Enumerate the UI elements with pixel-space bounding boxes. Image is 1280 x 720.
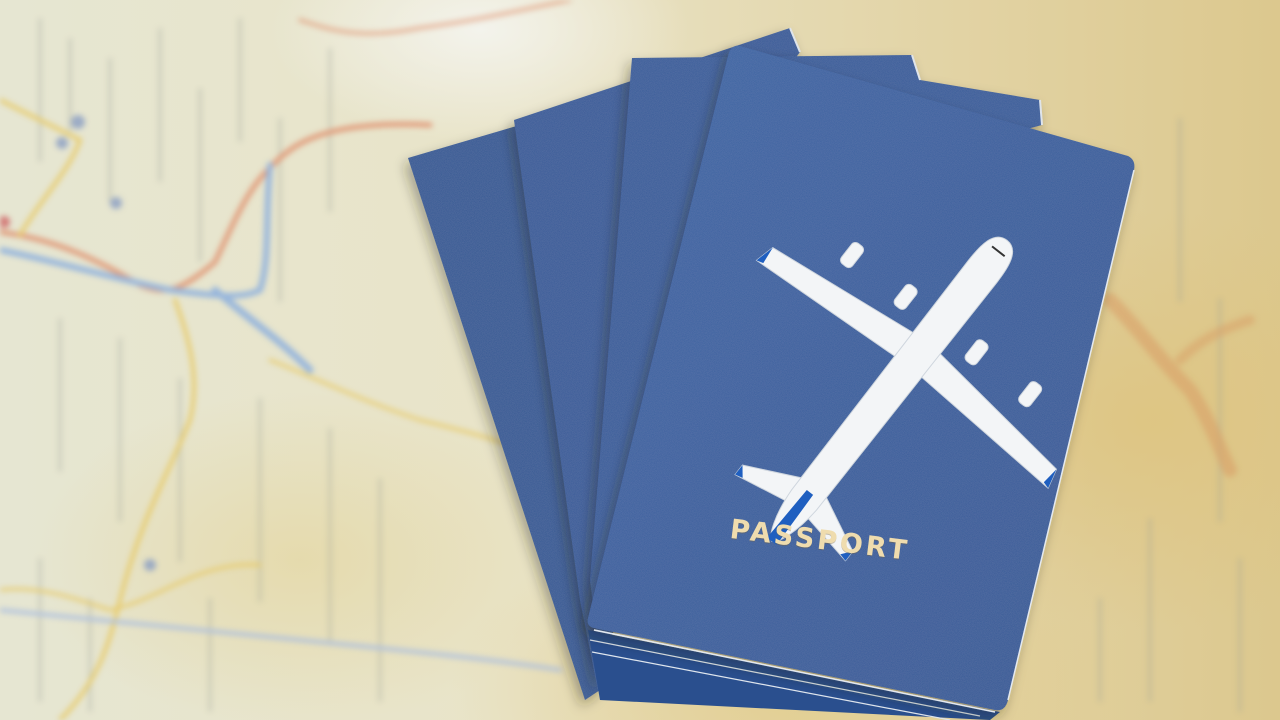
passport-stack bbox=[0, 0, 1280, 720]
photo-scene: PASSPORT bbox=[0, 0, 1280, 720]
